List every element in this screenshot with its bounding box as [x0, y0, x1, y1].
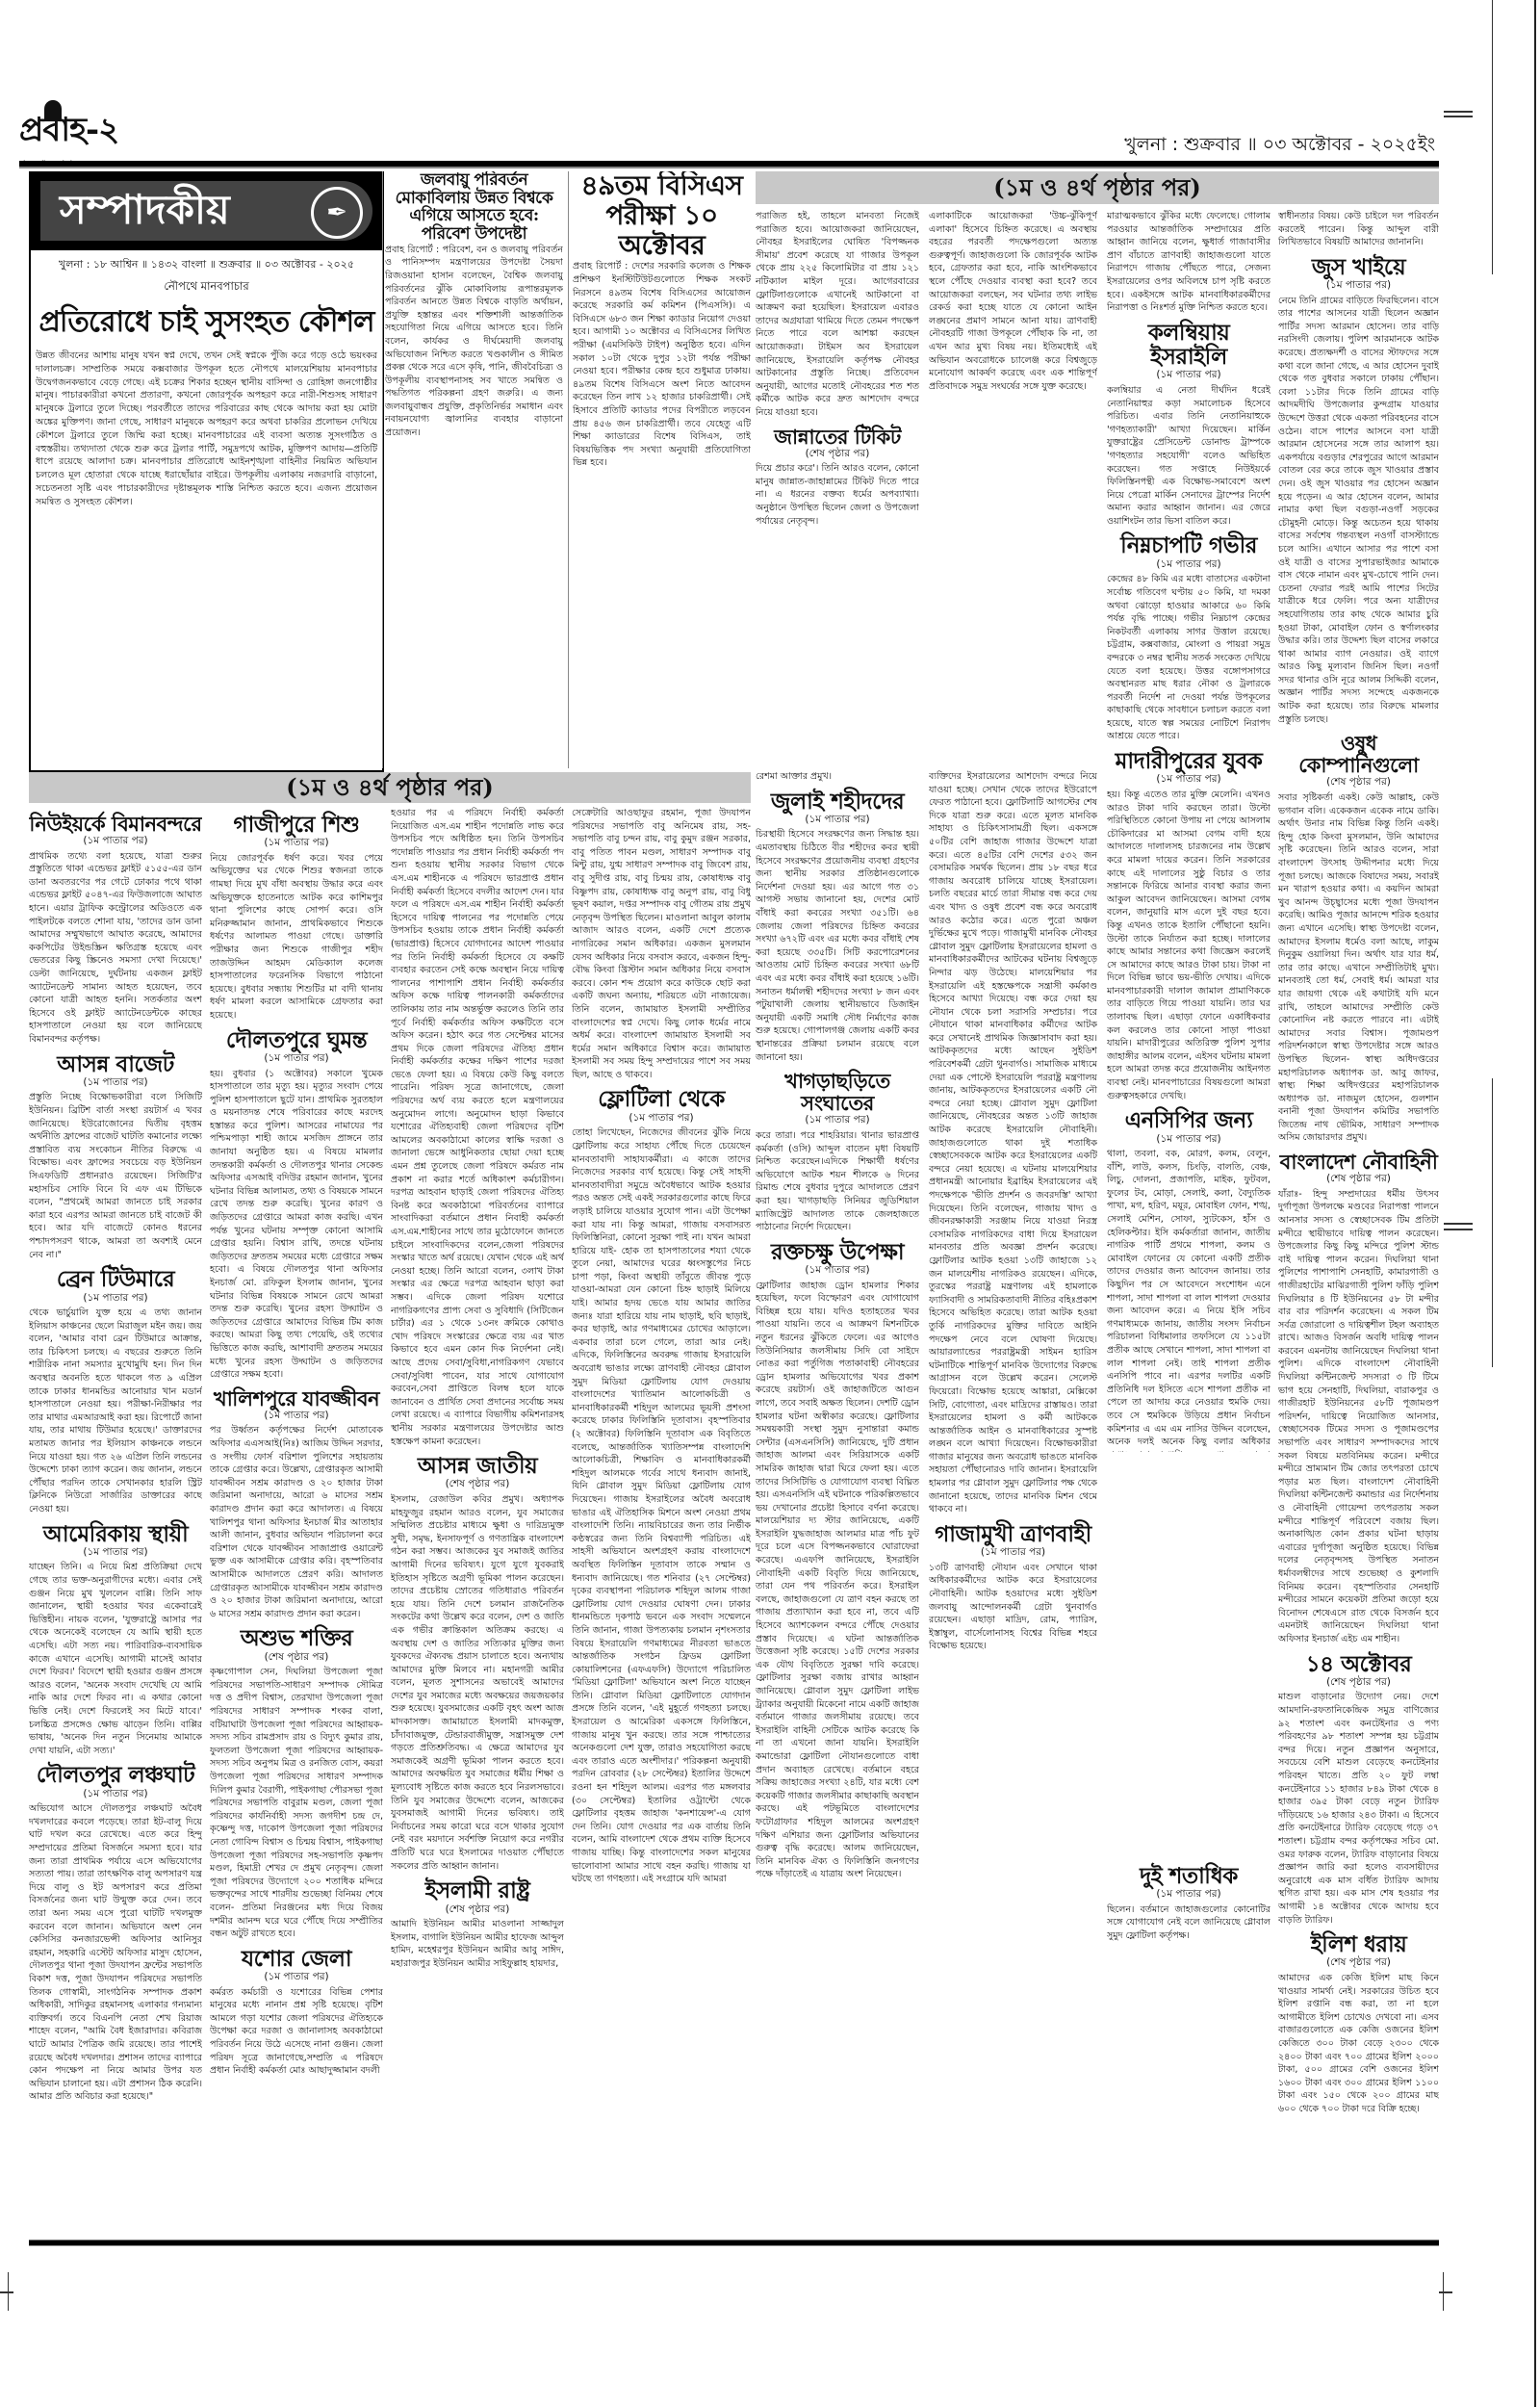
- story-headline: খাগড়াছড়িতে সংঘাতের: [756, 1070, 919, 1114]
- story-headline: ৪৯তম বিসিএস পরীক্ষা ১০ অক্টোবর: [573, 171, 751, 260]
- right-mid-column-a: রেশমা আক্তার প্রমুখ। জুলাই শহীদদের (১ম প…: [756, 770, 919, 2236]
- editorial-meta: খুলনা : ১৮ আশ্বিন ॥ ১৪৩২ বাংলা ॥ শুক্রবা…: [31, 250, 382, 274]
- jump-line: (শেষ পৃষ্ঠার পর): [756, 448, 919, 461]
- right-mid-column-b: ব্যক্তিদের ইসরায়েলের আশদোদ বন্দরে নিয়ে…: [929, 770, 1097, 2236]
- story-headline: নিউইয়র্কে বিমানবন্দরে: [29, 813, 202, 835]
- story-headline: দুই শতাধিক: [1107, 1864, 1270, 1888]
- bottom-rule: [29, 2239, 1439, 2246]
- page-edge: [1534, 0, 1536, 2407]
- continued-banner-left: (১ম ও ৪র্থ পৃষ্ঠার পর): [29, 772, 751, 803]
- story-headline: দৌলতপুরে ঘুমন্ত: [210, 1028, 383, 1052]
- editorial-headline: প্রতিরোধে চাই সুসংহত কৌশল: [31, 297, 382, 349]
- continued-banner-top: (১ম ও ৪র্থ পৃষ্ঠার পর): [756, 171, 1439, 204]
- top-rule: [19, 161, 1439, 168]
- logo-crest-icon: [44, 100, 62, 121]
- story-headline: জুস খাইয়ে: [1278, 255, 1439, 279]
- story-bcs: ৪৯তম বিসিএস পরীক্ষা ১০ অক্টোবর প্রবাহ রি…: [573, 171, 751, 768]
- story-headline: নিম্নচাপটি গভীর: [1107, 533, 1270, 557]
- lower-column-1: নিউইয়র্কে বিমানবন্দরে (১ম পাতার পর) প্র…: [29, 807, 202, 2236]
- story-headline: জুলাই শহীদদের: [756, 789, 919, 814]
- story-headline: গাজীপুরে শিশু: [210, 813, 383, 837]
- logo-text: প্রবাহ-২: [19, 111, 118, 149]
- story-headline: আসন্ন বাজেট: [29, 1052, 202, 1076]
- story-headline: মাদারীপুরের যুবক: [1107, 749, 1270, 773]
- story-body: প্রবাহ রিপোর্ট : পরিবেশ, বন ও জলবায়ু পর…: [385, 244, 563, 440]
- editorial-box: সম্পাদকীয় ✒ খুলনা : ১৮ আশ্বিন ॥ ১৪৩২ বা…: [29, 171, 384, 772]
- story-headline: আসন্ন জাতীয়: [391, 1454, 564, 1478]
- story-headline: খালিশপুরে যাবজ্জীবন: [210, 1387, 383, 1410]
- editorial-banner: সম্পাদকীয় ✒: [31, 173, 382, 250]
- right-mid-column-c-lower: দুই শতাধিক (১ম পাতার পর) ছিলেন। বর্তমানে…: [1107, 1858, 1270, 2236]
- column-divider: [382, 171, 383, 768]
- story-headline: জলবায়ু পরিবর্তন মোকাবিলায় উন্নত বিশ্বক…: [385, 171, 563, 244]
- story-headline: জান্নাতের টিকিট: [756, 426, 919, 448]
- continued-column-a: পরাজিত হই, তাহলে মানবতা নিজেই পরাজিত হবে…: [756, 210, 919, 768]
- story-headline: গাজামুখী ত্রাণবাহী: [929, 1522, 1097, 1546]
- story-headline: আমেরিকায় স্থায়ী: [29, 1522, 202, 1546]
- story-headline: ১৪ অক্টোবর: [1278, 1652, 1439, 1676]
- story-headline: দৌলতপুর লঞ্চঘাট: [29, 1763, 202, 1787]
- editorial-body: উন্নত জীবনের আশায় মানুষ যখন স্বপ্ন দেখে…: [31, 349, 382, 754]
- lower-column-4: সেক্রেটারি আওছাফুর রহমান, পূজা উদযাপন পর…: [572, 807, 751, 2236]
- fountain-pen-icon: ✒: [311, 187, 363, 239]
- story-headline: ইসলামী রাষ্ট্র: [391, 1878, 564, 1902]
- dateline: খুলনা : শুক্রবার ॥ ০৩ অক্টোবর - ২০২৫ইং: [1124, 131, 1435, 162]
- lower-column-3: হওয়ার পর এ পরিষদে নির্বাহী কর্মকর্তা নি…: [391, 807, 564, 2236]
- lower-column-2: গাজীপুরে শিশু (১ম পাতার পর) নিয়ে জোরপূর…: [210, 807, 383, 2236]
- story-headline: কলম্বিয়ায় ইসরাইলি: [1107, 321, 1270, 370]
- story-headline: ব্রেন টিউমারে: [29, 1267, 202, 1291]
- story-headline: ওষুধ কোম্পানিগুলো: [1278, 732, 1439, 776]
- continued-column-c: মারাত্মকভাবে ঝুঁকির মধ্যে ফেলেছে। গোলাম …: [1107, 210, 1270, 1452]
- story-headline: ফ্লোটিলা থেকে: [572, 1087, 751, 1111]
- story-climate: জলবায়ু পরিবর্তন মোকাবিলায় উন্নত বিশ্বক…: [385, 171, 563, 768]
- newspaper-logo: প্রবাহ-২ The Daily Probaho: [19, 114, 118, 146]
- masthead: প্রবাহ-২ The Daily Probaho খুলনা : শুক্র…: [19, 114, 1439, 154]
- story-headline: বাংলাদেশ নৌবাহিনী: [1278, 1151, 1439, 1173]
- continued-column-b: এলাকাটিকে আয়োজকরা 'উচ্চ-ঝুঁকিপূর্ণ এলাক…: [929, 210, 1097, 768]
- story-headline: ইলিশ ধরায়: [1278, 1932, 1439, 1956]
- editorial-kicker: নৌপথে মানবপাচার: [31, 274, 382, 297]
- story-body: প্রবাহ রিপোর্ট : দেশের সরকারি কলেজ ও শিক…: [573, 260, 751, 470]
- story-headline: এনসিপির জন্য: [1107, 1108, 1270, 1132]
- column-divider: [568, 171, 569, 768]
- continued-column-d: স্বাধীনতার বিষয়। কেউ চাইলে দল পরিবর্তন …: [1278, 210, 1439, 2232]
- story-headline: অশুভ শক্তির: [210, 1626, 383, 1650]
- story-headline: রক্তচক্ষু উপেক্ষা: [756, 1240, 919, 1264]
- story-headline: যশোর জেলা: [210, 1947, 383, 1971]
- editorial-title: সম্পাদকীয়: [60, 181, 230, 239]
